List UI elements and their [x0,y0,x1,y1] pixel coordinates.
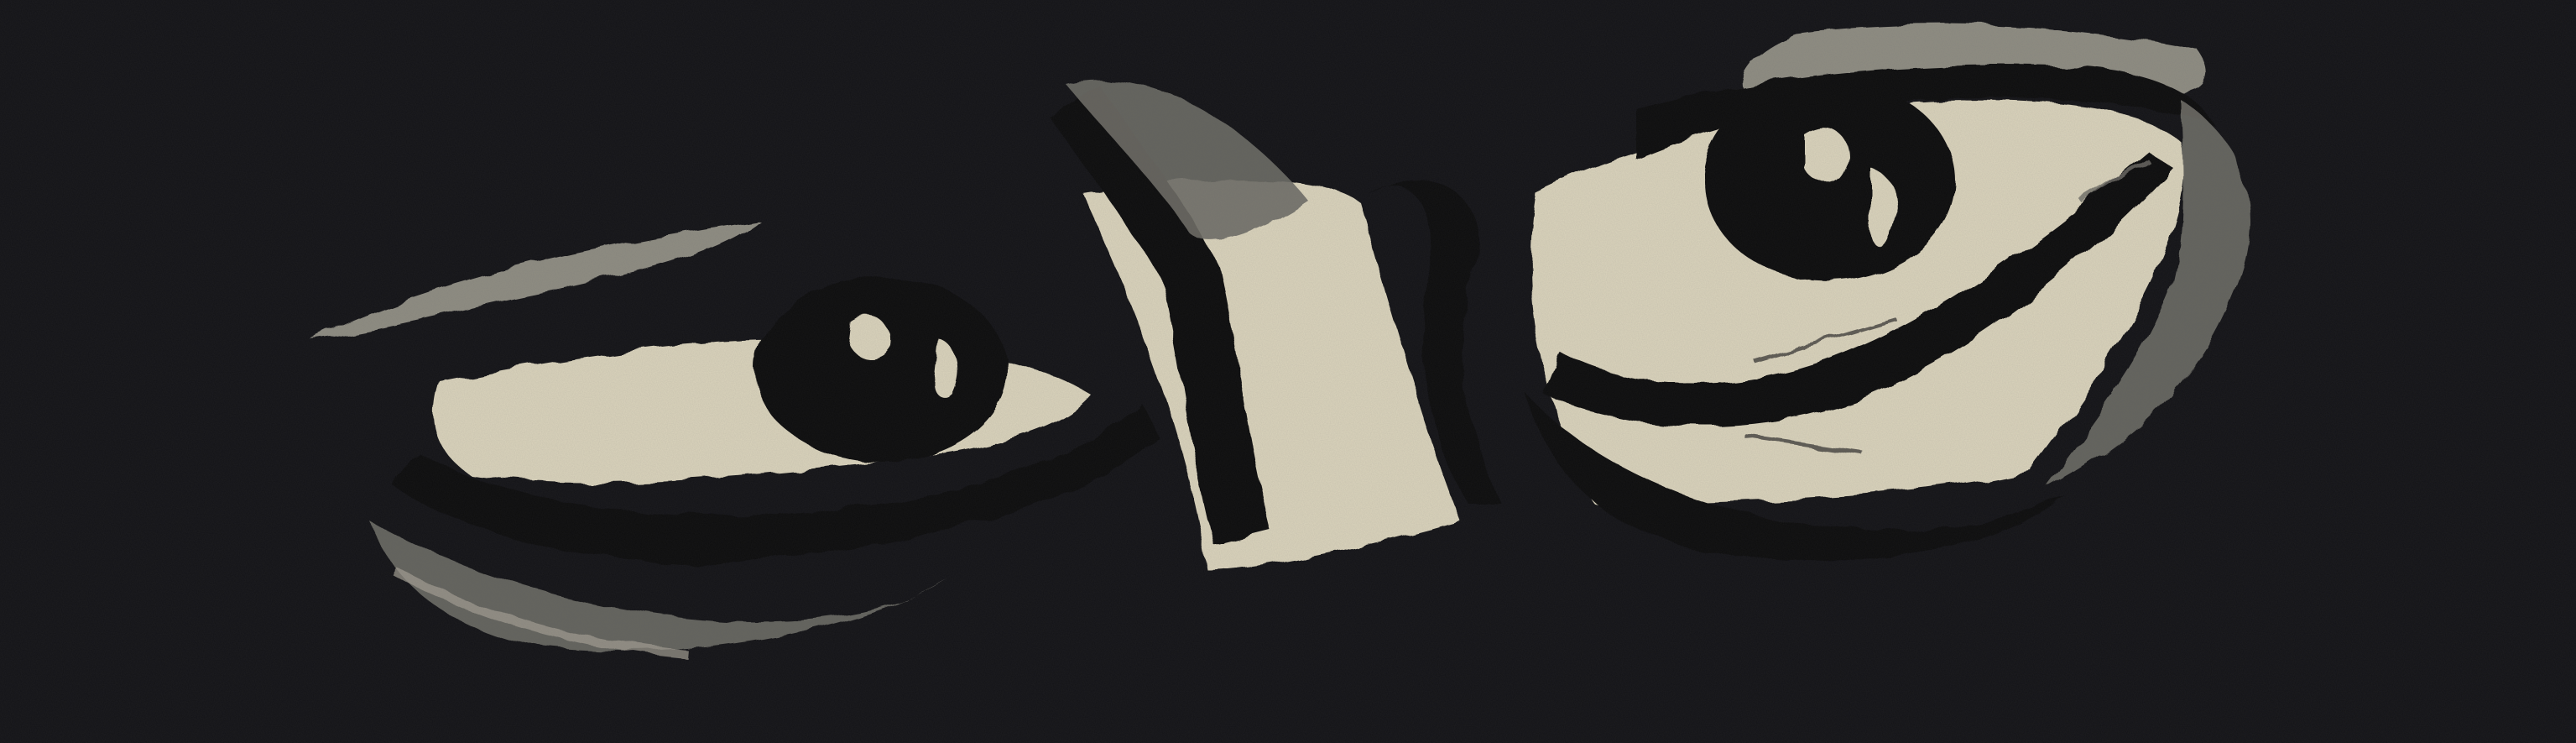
eyes-painting [0,0,2576,743]
eyes-artwork: Ink brush painting of a pair of eyes pee… [0,0,2576,743]
